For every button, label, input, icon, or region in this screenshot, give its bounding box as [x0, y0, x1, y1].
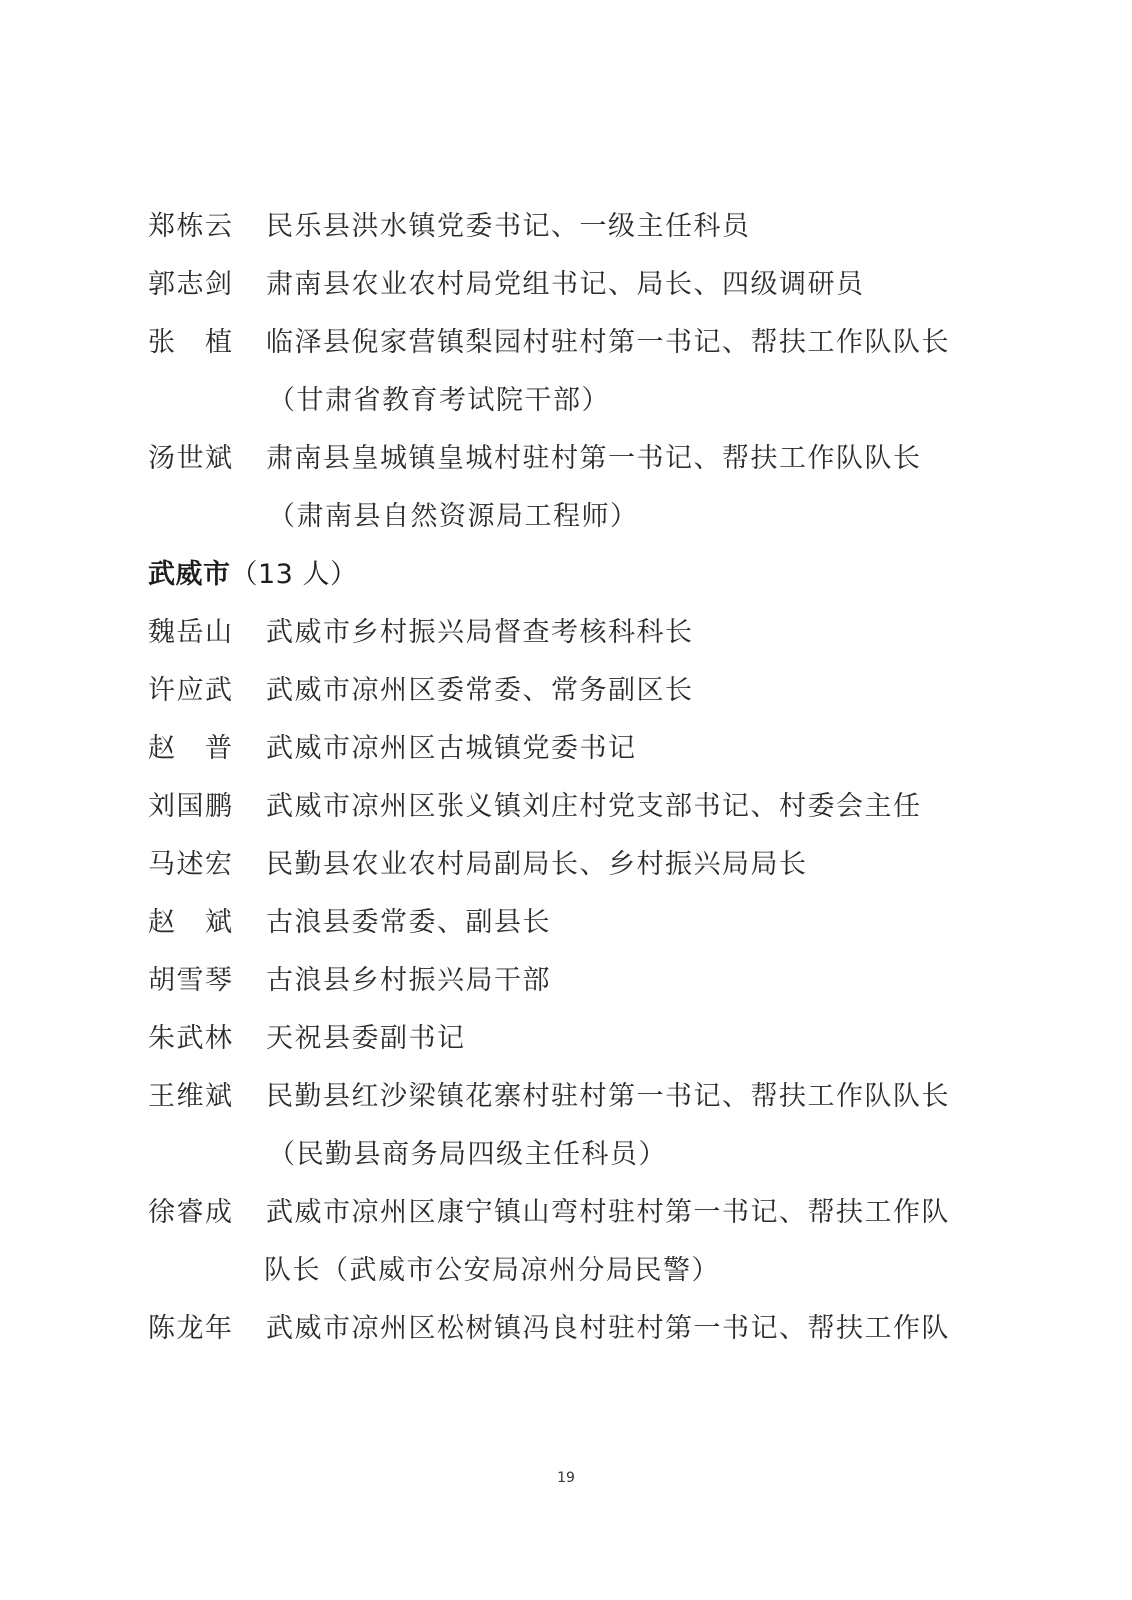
- person-name: 王维斌: [148, 1077, 266, 1117]
- person-position: 肃南县皇城镇皇城村驻村第一书记、帮扶工作队队长: [266, 439, 922, 479]
- person-position: 民乐县洪水镇党委书记、一级主任科员: [266, 207, 751, 247]
- person-name: 马述宏: [148, 845, 266, 885]
- person-position: 武威市凉州区委常委、常务副区长: [266, 671, 694, 711]
- person-position: 武威市凉州区康宁镇山弯村驻村第一书记、帮扶工作队: [266, 1193, 950, 1233]
- list-item: 胡雪琴古浪县乡村振兴局干部: [148, 961, 551, 1001]
- person-name: 徐睿成: [148, 1193, 266, 1233]
- person-position: 武威市乡村振兴局督查考核科科长: [266, 613, 694, 653]
- list-item: 马述宏民勤县农业农村局副局长、乡村振兴局局长: [148, 845, 808, 885]
- person-position: 民勤县农业农村局副局长、乡村振兴局局长: [266, 845, 808, 885]
- list-item: 魏岳山武威市乡村振兴局督查考核科科长: [148, 613, 694, 653]
- person-position: 古浪县委常委、副县长: [266, 903, 551, 943]
- list-item: 徐睿成武威市凉州区康宁镇山弯村驻村第一书记、帮扶工作队: [148, 1193, 950, 1233]
- list-item: 赵 普武威市凉州区古城镇党委书记: [148, 729, 637, 769]
- person-position: 临泽县倪家营镇梨园村驻村第一书记、帮扶工作队队长: [266, 323, 950, 363]
- person-name: 胡雪琴: [148, 961, 266, 1001]
- person-name: 刘国鹏: [148, 787, 266, 827]
- person-position: 武威市凉州区松树镇冯良村驻村第一书记、帮扶工作队: [266, 1309, 950, 1349]
- person-name: 张 植: [148, 323, 266, 363]
- section-heading: 武威市（13 人）: [148, 555, 357, 595]
- person-position: 古浪县乡村振兴局干部: [266, 961, 551, 1001]
- list-item: 陈龙年武威市凉州区松树镇冯良村驻村第一书记、帮扶工作队: [148, 1309, 950, 1349]
- list-item: 汤世斌肃南县皇城镇皇城村驻村第一书记、帮扶工作队队长: [148, 439, 922, 479]
- person-name: 赵 斌: [148, 903, 266, 943]
- section-count: （13 人）: [231, 559, 358, 590]
- person-name: 许应武: [148, 671, 266, 711]
- person-name: 汤世斌: [148, 439, 266, 479]
- person-name: 郑栋云: [148, 207, 266, 247]
- position-continuation: （民勤县商务局四级主任科员）: [268, 1135, 667, 1175]
- list-item: 郑栋云民乐县洪水镇党委书记、一级主任科员: [148, 207, 751, 247]
- person-position: 民勤县红沙梁镇花寨村驻村第一书记、帮扶工作队队长: [266, 1077, 950, 1117]
- person-name: 郭志剑: [148, 265, 266, 305]
- list-item: 郭志剑肃南县农业农村局党组书记、局长、四级调研员: [148, 265, 865, 305]
- person-position: 武威市凉州区古城镇党委书记: [266, 729, 637, 769]
- position-continuation: （肃南县自然资源局工程师）: [268, 497, 639, 537]
- person-name: 魏岳山: [148, 613, 266, 653]
- position-continuation: （甘肃省教育考试院干部）: [268, 381, 610, 421]
- person-name: 陈龙年: [148, 1309, 266, 1349]
- person-position: 武威市凉州区张义镇刘庄村党支部书记、村委会主任: [266, 787, 922, 827]
- list-item: 刘国鹏武威市凉州区张义镇刘庄村党支部书记、村委会主任: [148, 787, 922, 827]
- document-page: 郑栋云民乐县洪水镇党委书记、一级主任科员 郭志剑肃南县农业农村局党组书记、局长、…: [0, 0, 1132, 1600]
- position-continuation: 队长（武威市公安局凉州分局民警）: [264, 1251, 720, 1291]
- person-position: 天祝县委副书记: [266, 1019, 466, 1059]
- list-item: 许应武武威市凉州区委常委、常务副区长: [148, 671, 694, 711]
- page-number: 19: [0, 1470, 1132, 1486]
- list-item: 朱武林天祝县委副书记: [148, 1019, 466, 1059]
- person-name: 赵 普: [148, 729, 266, 769]
- list-item: 赵 斌古浪县委常委、副县长: [148, 903, 551, 943]
- person-name: 朱武林: [148, 1019, 266, 1059]
- section-title: 武威市: [148, 559, 231, 590]
- list-item: 王维斌民勤县红沙梁镇花寨村驻村第一书记、帮扶工作队队长: [148, 1077, 950, 1117]
- list-item: 张 植临泽县倪家营镇梨园村驻村第一书记、帮扶工作队队长: [148, 323, 950, 363]
- person-position: 肃南县农业农村局党组书记、局长、四级调研员: [266, 265, 865, 305]
